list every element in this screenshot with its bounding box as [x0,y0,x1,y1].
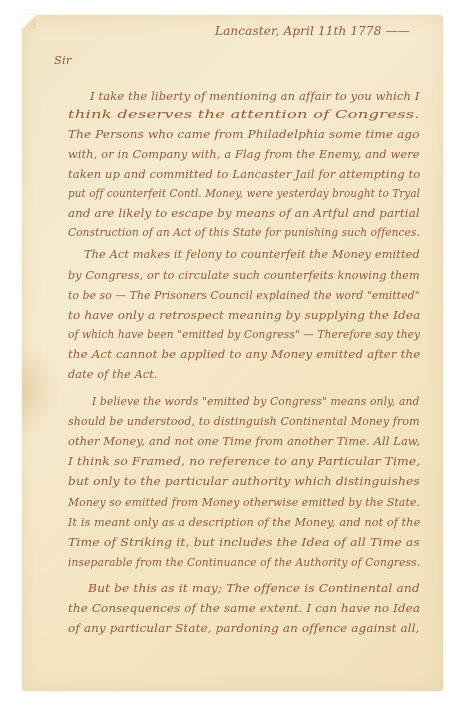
letter-line: The Persons who came from Philadelphia s… [68,128,420,141]
letter-line: But be this as it may; The offence is Co… [88,582,420,595]
letter-line: I take the liberty of mentioning an affa… [90,90,420,103]
letter-line: Construction of an Act of this State for… [68,226,420,239]
letter-line: I think so Framed, no reference to any P… [68,455,420,468]
letter-line: and are likely to escape by means of an … [68,207,420,220]
letter-line: date of the Act. [68,368,158,381]
letter-line: by Congress, or to circulate such counte… [68,269,420,282]
letter-line: put off counterfeit Contl. Money, were y… [68,187,420,200]
letter-line: Time of Striking it, but includes the Id… [68,536,420,549]
letter-line: to have only a retrospect meaning by sup… [68,309,420,322]
paper-stain [22,345,62,435]
letter-line: but only to the particular authority whi… [68,475,420,488]
letter-line: to be so — The Prisoners Council explain… [68,289,420,302]
letter-line: the Consequences of the same extent. I c… [68,602,420,615]
letter-line: The Act makes it felony to counterfeit t… [84,248,420,261]
letter-page: Lancaster, April 11th 1778 —— Sir I take… [22,15,443,691]
letter-line: I believe the words "emitted by Congress… [92,395,420,408]
letter-line: taken up and committed to Lancaster Jail… [68,168,420,181]
letter-line: inseparable from the Continuance of the … [68,556,420,569]
letter-line: the Act cannot be applied to any Money e… [68,348,420,361]
letter-line: of any particular State, pardoning an of… [68,622,420,635]
letter-line: think deserves the attention of Congress… [68,108,420,121]
letter-line: with, or in Company with, a Flag from th… [68,148,420,161]
salutation: Sir [54,53,72,67]
letter-line: other Money, and not one Time from anoth… [68,435,420,448]
date-line: Lancaster, April 11th 1778 —— [215,24,410,38]
letter-line: should be understood, to distinguish Con… [68,415,420,428]
letter-line: of which have been "emitted by Congress"… [68,328,420,341]
letter-line: Money so emitted from Money otherwise em… [68,496,420,509]
letter-line: It is meant only as a description of the… [68,516,420,529]
